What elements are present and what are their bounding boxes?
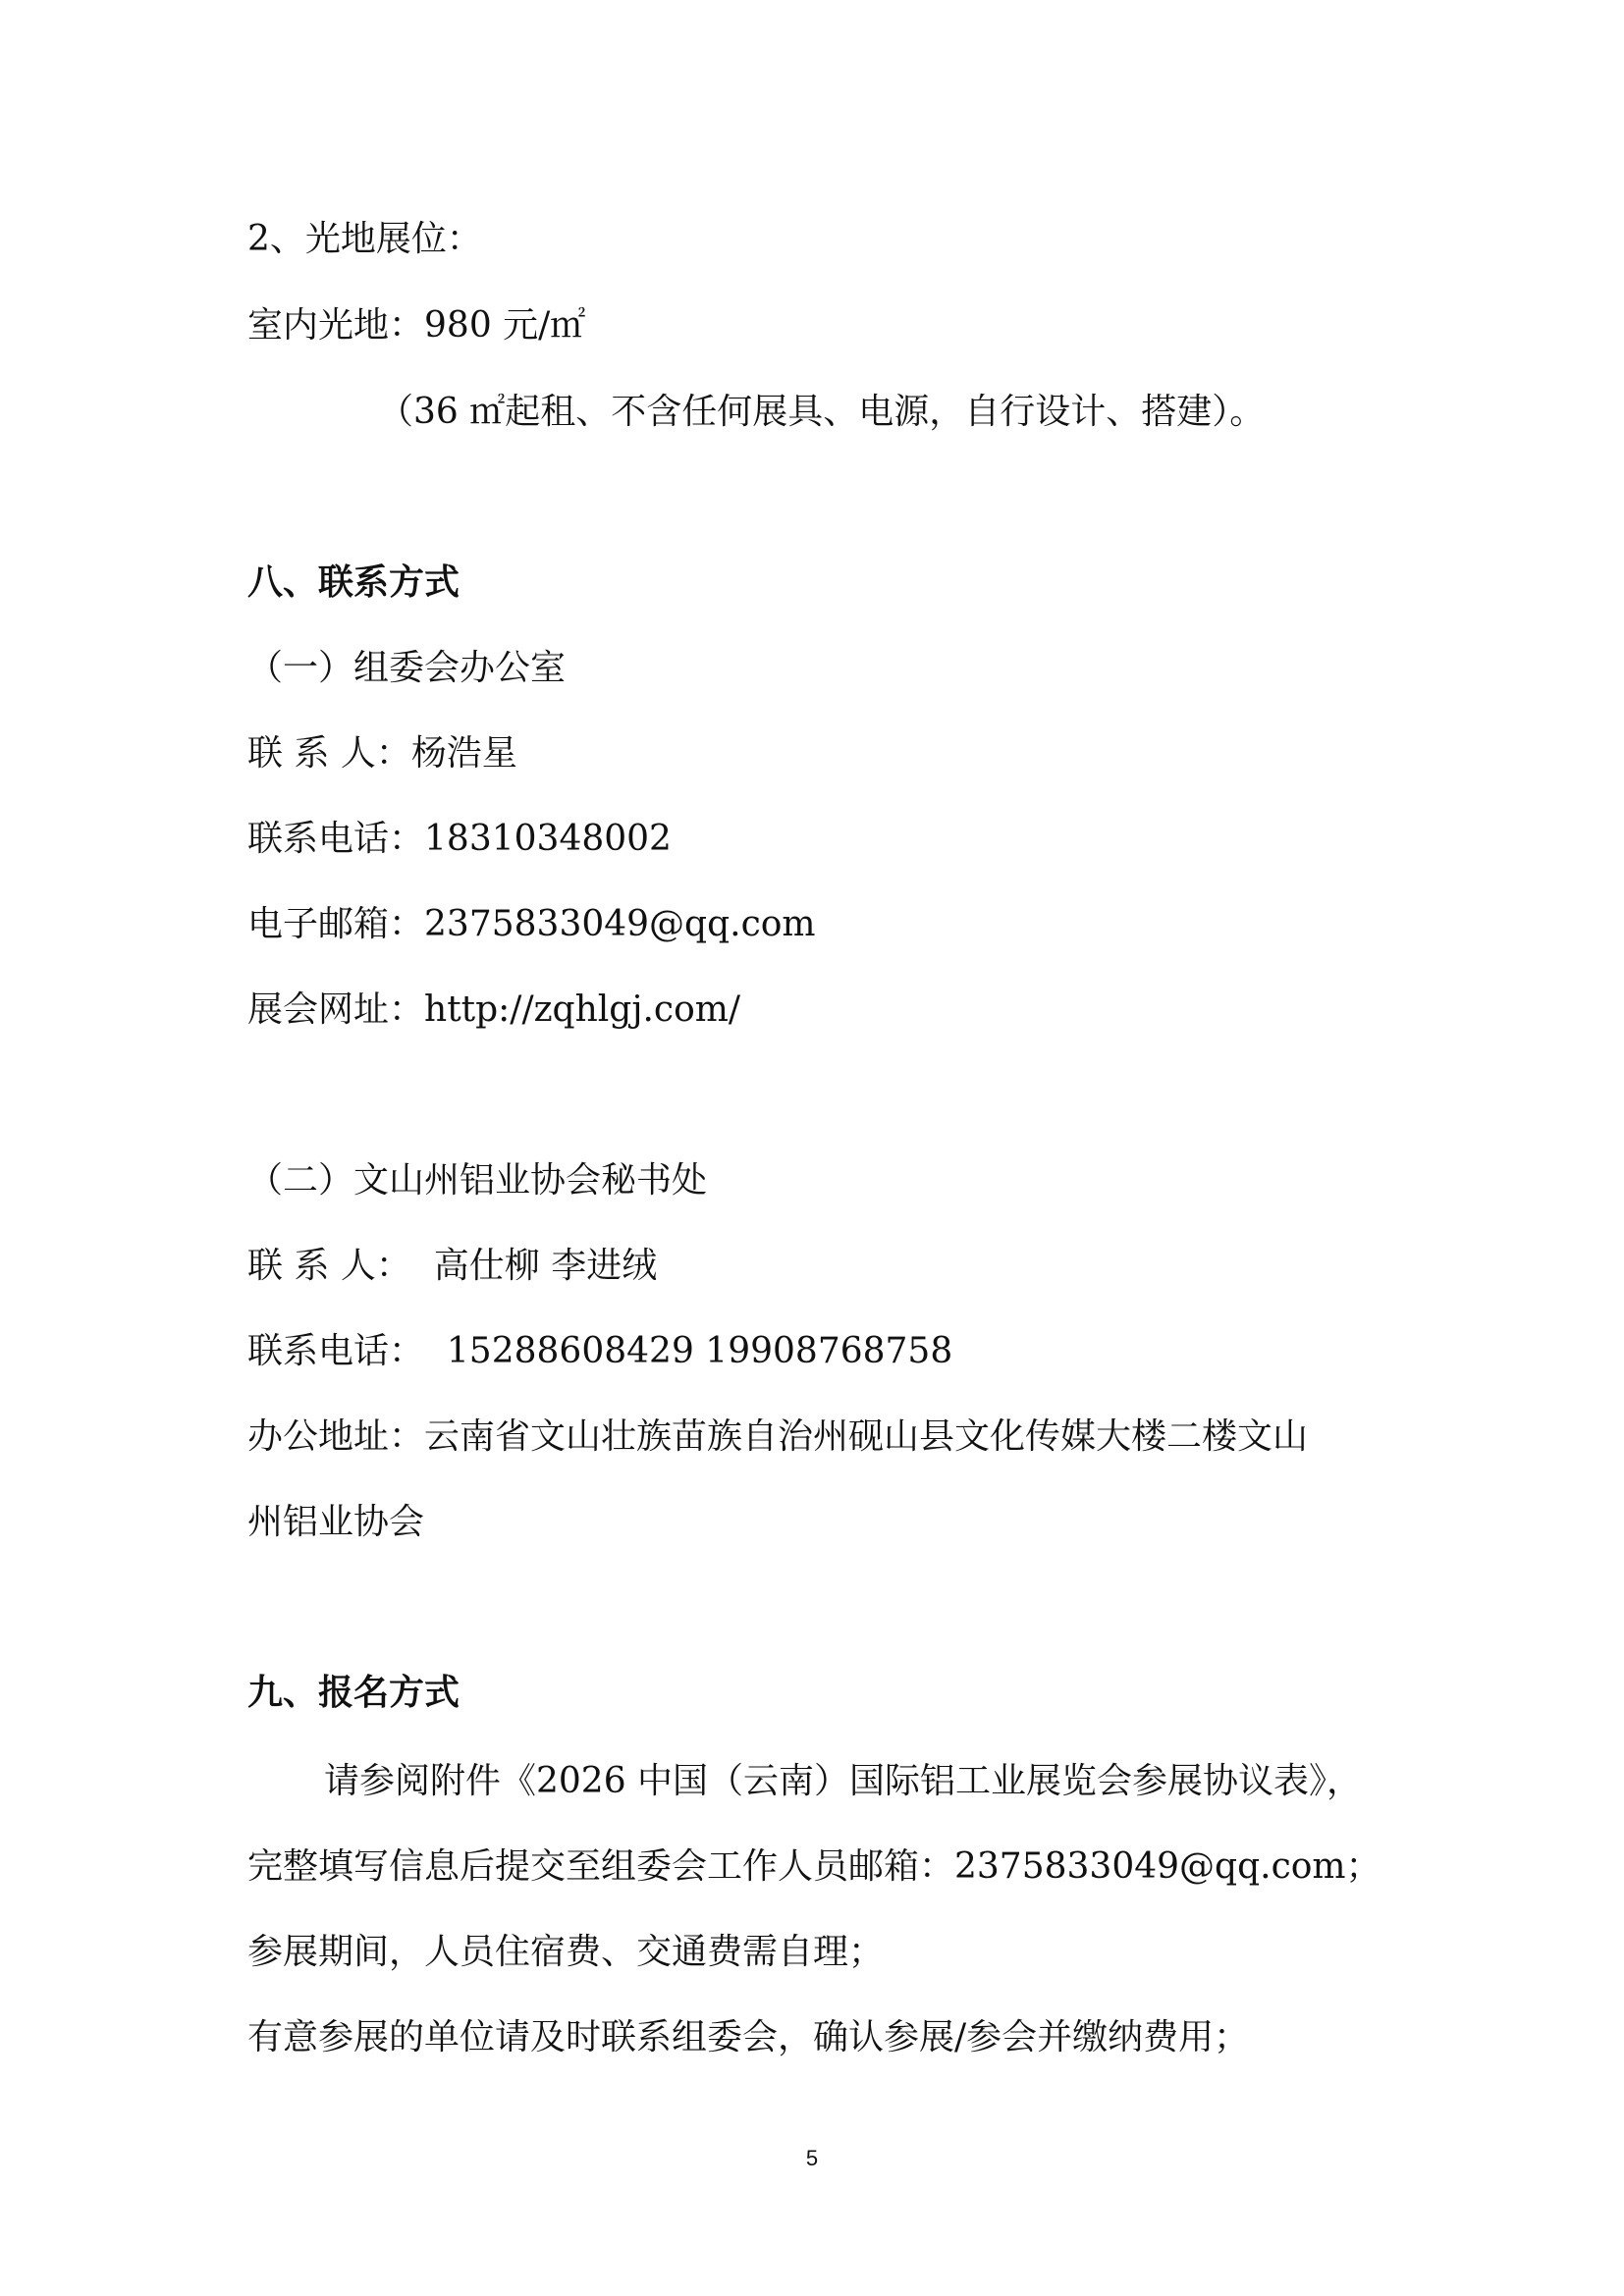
office1-email: 电子邮箱：2375833049@qq.com <box>247 903 816 946</box>
indoor-price-line: 室内光地：980 元/㎡ <box>247 304 585 347</box>
office2-address-cont: 州铝业协会 <box>247 1501 424 1544</box>
phone-numbers: 15288608429 19908768758 <box>447 1331 952 1371</box>
office1-phone: 联系电话：18310348002 <box>247 818 672 861</box>
contact-heading: 八、联系方式 <box>247 561 460 605</box>
website-link[interactable]: http://zqhlgj.com/ <box>424 989 740 1030</box>
office1-title: （一）组委会办公室 <box>247 647 566 690</box>
registration-heading: 九、报名方式 <box>247 1672 460 1715</box>
indoor-price: 980 元/㎡ <box>424 305 585 346</box>
person-label: 联 系 人： <box>247 733 411 774</box>
phone-label: 联系电话： <box>247 819 424 859</box>
person-label: 联 系 人： <box>247 1246 411 1286</box>
person-name: 杨浩星 <box>411 733 517 774</box>
office2-phones: 联系电话： 15288608429 19908768758 <box>247 1330 952 1373</box>
office1-website: 展会网址：http://zqhlgj.com/ <box>247 988 740 1032</box>
office2-persons: 联 系 人： 高仕柳 李进绒 <box>247 1245 657 1288</box>
email-link[interactable]: 2375833049@qq.com <box>424 904 816 944</box>
registration-para4: 有意参展的单位请及时联系组委会，确认参展/参会并缴纳费用； <box>247 2016 1249 2059</box>
page-number: 5 <box>0 2146 1624 2171</box>
person-names: 高仕柳 李进绒 <box>434 1246 657 1286</box>
indoor-label: 室内光地： <box>247 305 424 346</box>
office2-address: 办公地址：云南省文山壮族苗族自治州砚山县文化传媒大楼二楼文山 <box>247 1415 1308 1459</box>
registration-para1: 请参阅附件《2026 中国（云南）国际铝工业展览会参展协议表》， <box>324 1760 1362 1803</box>
email-label: 电子邮箱： <box>247 904 424 944</box>
office1-person: 联 系 人：杨浩星 <box>247 732 517 775</box>
registration-para3: 参展期间，人员住宿费、交通费需自理； <box>247 1931 884 1974</box>
registration-para2: 完整填写信息后提交至组委会工作人员邮箱：2375833049@qq.com； <box>247 1845 1381 1889</box>
address-text: 云南省文山壮族苗族自治州砚山县文化传媒大楼二楼文山 <box>424 1416 1308 1457</box>
website-label: 展会网址： <box>247 989 424 1030</box>
booth-title: 2、光地展位： <box>247 218 482 261</box>
address-label: 办公地址： <box>247 1416 424 1457</box>
phone-number: 18310348002 <box>424 819 672 859</box>
phone-label: 联系电话： <box>247 1331 424 1371</box>
office2-title: （二）文山州铝业协会秘书处 <box>247 1159 707 1202</box>
booth-note: （36 ㎡起租、不含任何展具、电源，自行设计、搭建）。 <box>378 391 1265 434</box>
